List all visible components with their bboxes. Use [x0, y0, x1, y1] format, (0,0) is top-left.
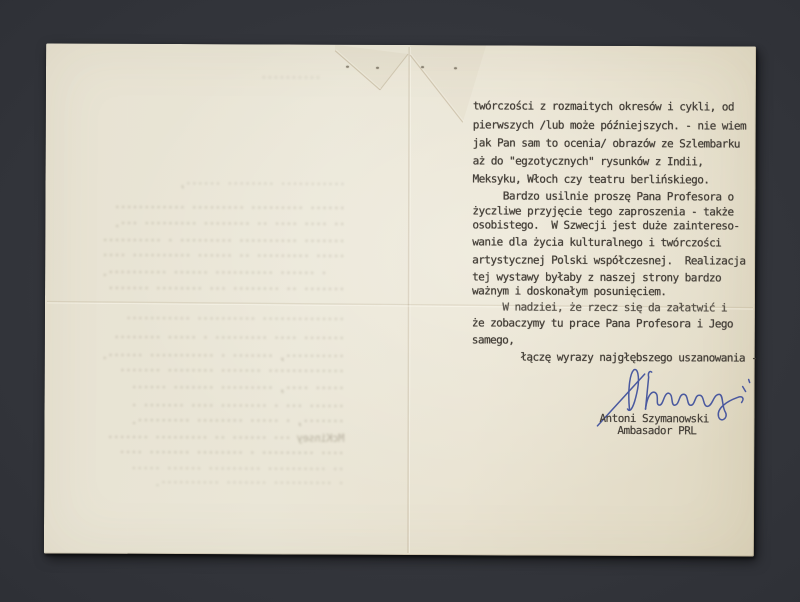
letter-line: Bardzo usilnie proszę Pana Profesora o	[472, 189, 733, 203]
bleed-line: ····· ········· ·· ······ ·········· ···…	[102, 250, 345, 263]
bleed-line: ·······, · ····· ········ ·········.	[131, 415, 344, 428]
letter-line: artystycznej Polski współczesnej. Realiz…	[472, 253, 745, 267]
letter-line: Meksyku, Włoch czy teatru berlińskiego.	[473, 172, 710, 186]
bleed-line: McKinsey ··· ······ ·· ········· ·······	[107, 432, 344, 445]
bleed-through-header: ··········	[231, 72, 321, 83]
letter-line: osobistego. W Szwecji jest duże zaintere…	[472, 218, 739, 232]
letter-page: ·········· ··········· ········ ······, …	[44, 43, 756, 556]
letter-line: życzliwe przyjęcie tego zaproszenia - ta…	[472, 204, 733, 218]
bleed-line: ·· ···· ···· ·· ········ ········· ···.	[114, 218, 345, 231]
bleed-line: ············· ······· ········ ·······	[120, 365, 345, 378]
bleed-line: ······· ···· ········· · ····· ········	[114, 332, 345, 345]
bleed-line: · ·········· ······· ··········.	[155, 477, 345, 490]
staple-mark	[454, 67, 457, 69]
bleed-line: ······ ··· · ········ ···· ······· ·	[131, 400, 344, 413]
staple-mark	[346, 66, 349, 68]
letter-line: pierwszych /lub może późniejszych. - nie…	[473, 118, 746, 132]
bleed-line: ······ ········· ········· ············	[114, 202, 345, 215]
bleed-line: ······· ·········· ········· · ·········…	[102, 235, 345, 248]
staple-mark	[421, 66, 424, 68]
letter-line: wanie dla życia kulturalnego i twórczośc…	[472, 235, 721, 249]
bleed-line: ·· ·········· ········· ······ ·····	[131, 463, 344, 476]
letter-line: jak Pan sam to ocenia/ obrazów ze Szlemb…	[473, 136, 740, 150]
letter-line: tej wystawy byłaby z naszej strony bardz…	[472, 270, 721, 284]
bleed-line: ··········, ······· · ··········· ······…	[102, 350, 345, 363]
staple-mark	[376, 67, 379, 69]
letter-line: samego,	[472, 333, 515, 346]
bleed-line: ···· ········· · ········ ······· ····	[119, 447, 344, 460]
photo-background: ·········· ··········· ········ ······, …	[0, 0, 800, 602]
letter-line: że zobaczymy tu prace Pana Profesora i J…	[472, 316, 733, 330]
letter-line: aż do "egzotycznych" rysunków z Indii,	[473, 154, 704, 168]
letter-line: twórczości z rozmaitych okresów i cykli,…	[473, 99, 734, 113]
bleed-line: ·············· ·········· ···········	[126, 313, 345, 326]
bleed-line: ····· ····, ········· ······· ······	[131, 382, 344, 395]
signatory-title: Ambasador PRL	[617, 424, 696, 437]
letter-line: W nadziei, że rzecz się da załatwić i	[472, 300, 727, 314]
letter-body-text: twórczości z rozmaitych okresów i cykli,…	[471, 45, 773, 556]
letter-line: łączę wyrazy najgłębszego uszanowania -	[472, 350, 757, 364]
bleed-line: ······· ·· ········ ··· ········ ·······	[108, 283, 345, 296]
bleed-through-text: ··········· ········ ······, ······ ····…	[69, 174, 345, 495]
letter-line: ważnym i doskonałym posunięciem.	[472, 284, 666, 298]
bleed-line: · ······ ·········· ······ ··········.	[102, 267, 327, 280]
bleed-line: ··········· ········ ······,	[180, 178, 346, 191]
